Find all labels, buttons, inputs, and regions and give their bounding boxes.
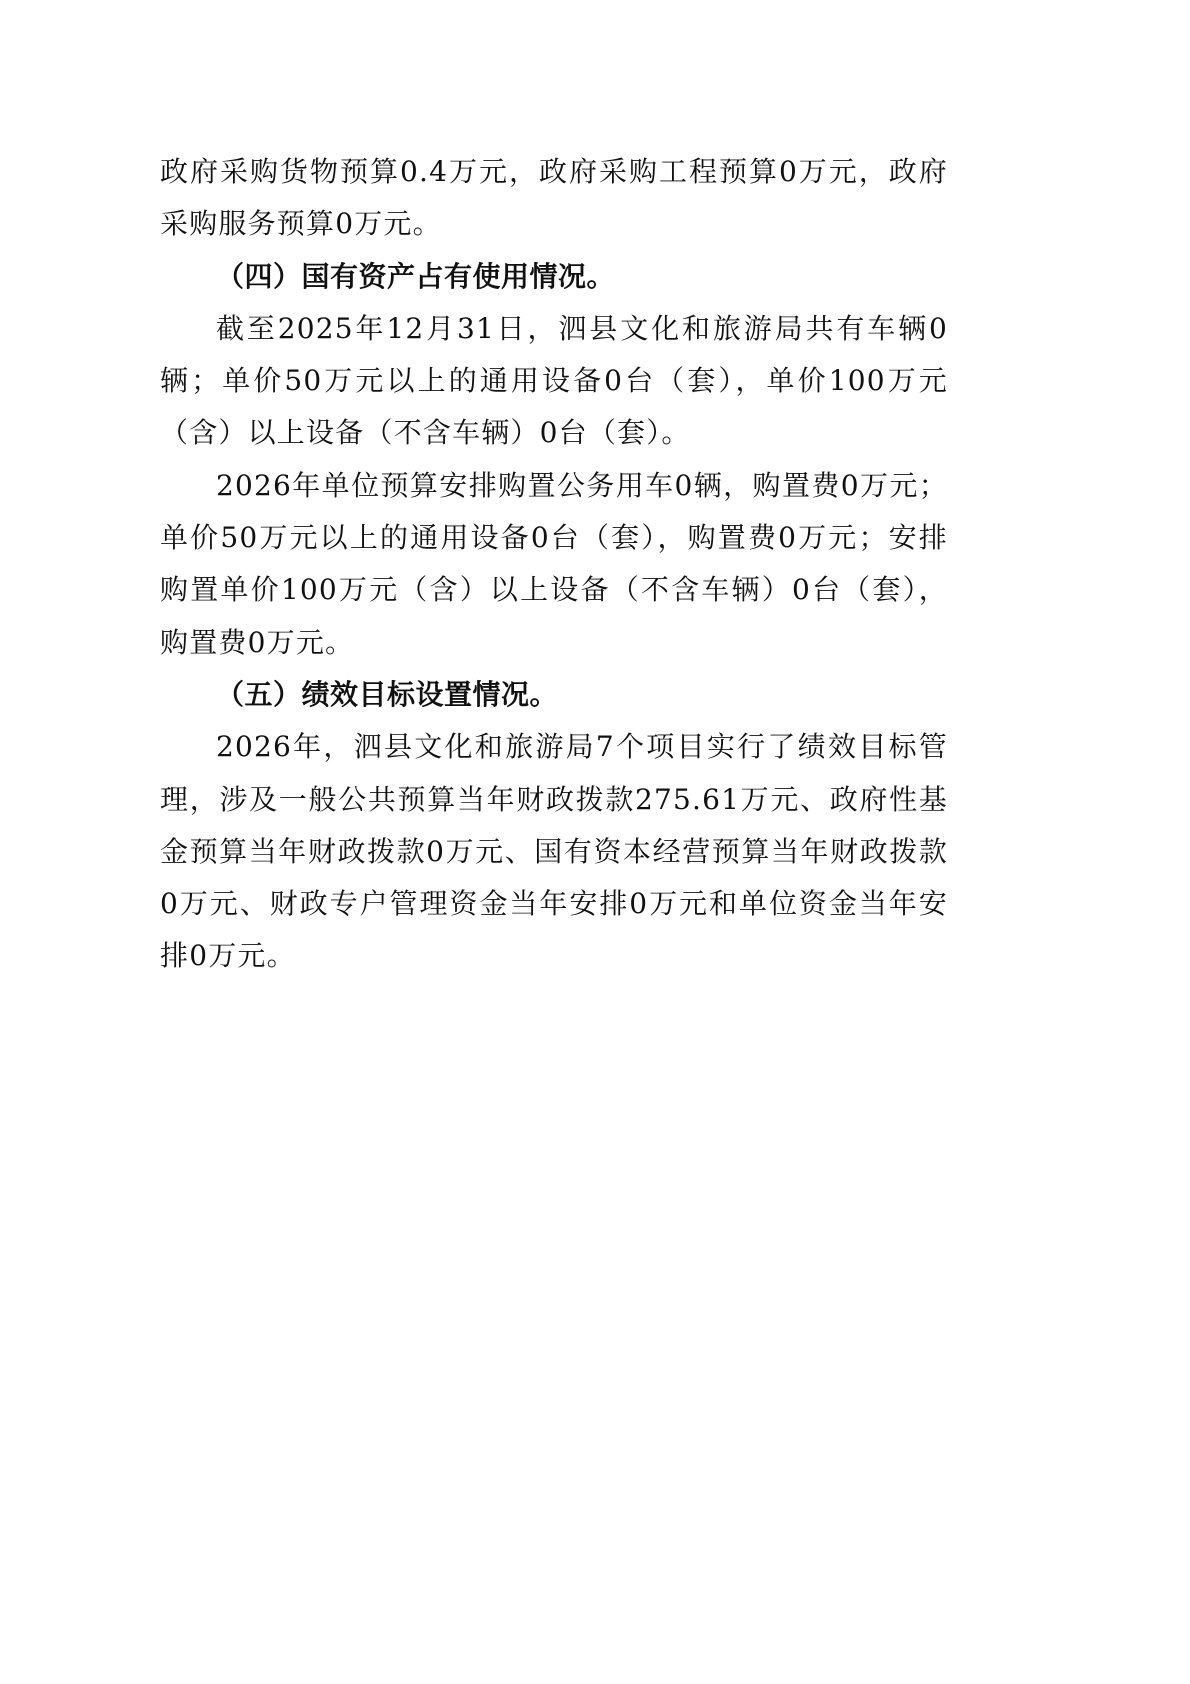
paragraph-asset-purchase-plan: 2026年单位预算安排购置公务用车0辆，购置费0万元；单价50万元以上的通用设备… (160, 460, 948, 669)
paragraph-asset-status: 截至2025年12月31日，泗县文化和旅游局共有车辆0辆；单价50万元以上的通用… (160, 303, 948, 460)
section-heading-performance-goals: （五）绩效目标设置情况。 (160, 669, 948, 721)
document-page: 政府采购货物预算0.4万元，政府采购工程预算0万元，政府采购服务预算0万元。 （… (160, 146, 948, 983)
paragraph-performance-goals: 2026年，泗县文化和旅游局7个项目实行了绩效目标管理，涉及一般公共预算当年财政… (160, 721, 948, 982)
paragraph-procurement-budget: 政府采购货物预算0.4万元，政府采购工程预算0万元，政府采购服务预算0万元。 (160, 146, 948, 251)
section-heading-state-assets: （四）国有资产占有使用情况。 (160, 251, 948, 303)
